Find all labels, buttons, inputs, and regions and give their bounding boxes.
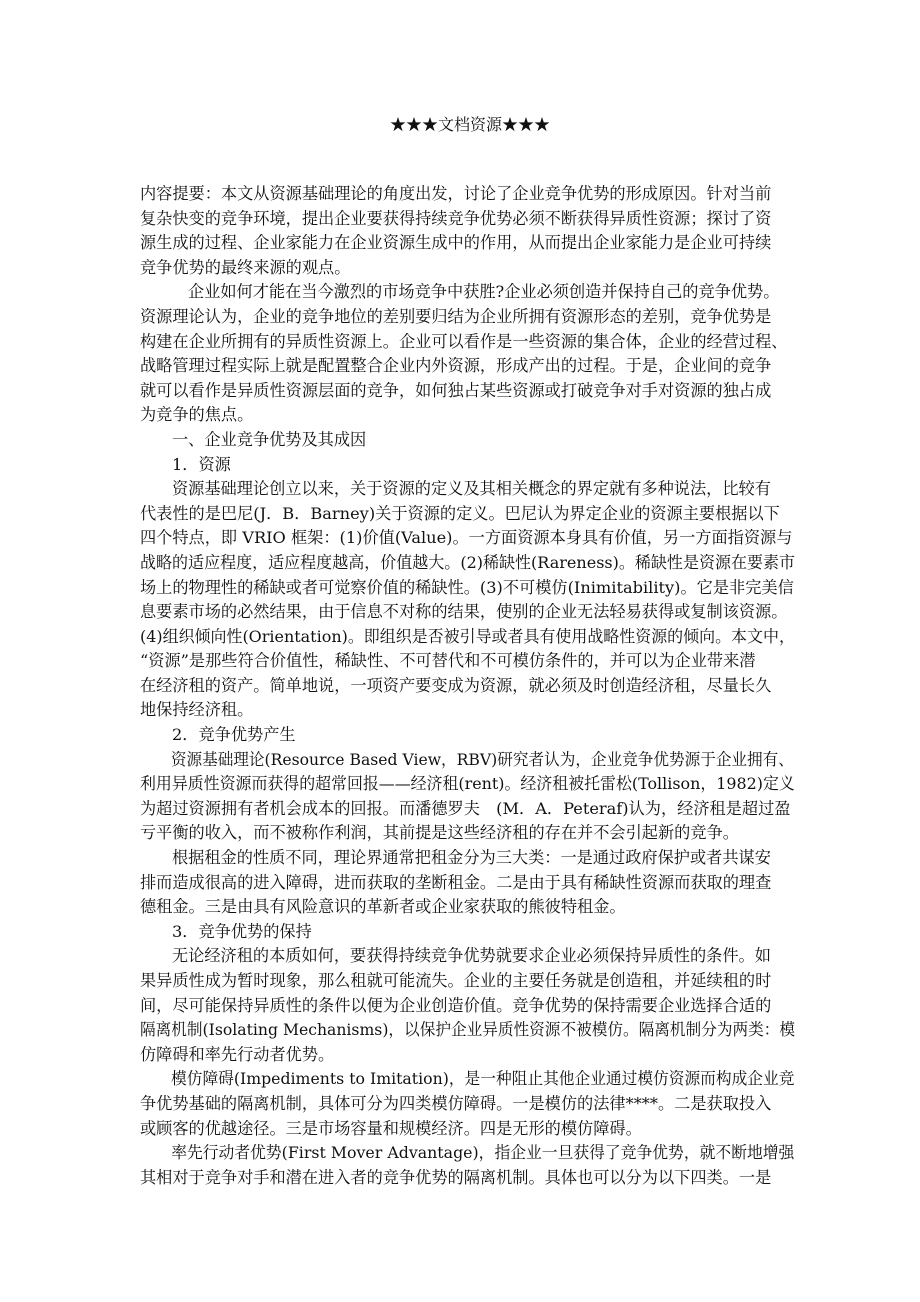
text-line: 息要素市场的必然结果，由于信息不对称的结果，使别的企业无法轻易获得或复制该资源。 [140, 600, 795, 625]
text-line: 一、企业竞争优势及其成因 [140, 428, 795, 453]
text-line: 资源理论认为，企业的竞争地位的差别要归结为企业所拥有资源形态的差别，竞争优势是 [140, 305, 795, 330]
text-line: 模仿障碍(Impediments to Imitation)，是一种阻止其他企业… [140, 1067, 776, 1092]
text-line: 仿障碍和率先行动者优势。 [140, 1043, 795, 1068]
text-line: “资源”是那些符合价值性，稀缺性、不可替代和不可模仿条件的，并可以为企业带来潜 [140, 649, 795, 674]
text-line: 3．竞争优势的保持 [140, 920, 795, 945]
text-line: 亏平衡的收入，而不被称作利润，其前提是这些经济租的存在并不会引起新的竞争。 [140, 821, 795, 846]
text-line: 1．资源 [140, 453, 795, 478]
text-line: 排而造成很高的进入障碍，进而获取的垄断租金。二是由于具有稀缺性资源而获取的理查 [140, 871, 795, 896]
document-title: ★★★文档资源★★★ [140, 115, 800, 135]
text-line: 为竞争的焦点。 [140, 403, 795, 428]
text-line: 根据租金的性质不同，理论界通常把租金分为三大类：一是通过政府保护或者共谋安 [140, 846, 795, 871]
text-line: 或顾客的优越途径。三是市场容量和规模经济。四是无形的模仿障碍。 [140, 1117, 795, 1142]
text-line: 构建在企业所拥有的异质性资源上。企业可以看作是一些资源的集合体，企业的经营过程、 [140, 330, 795, 355]
text-line: 资源基础理论创立以来，关于资源的定义及其相关概念的界定就有多种说法，比较有 [140, 477, 795, 502]
text-line: (4)组织倾向性(Orientation)。即组织是否被引导或者具有使用战略性资… [140, 625, 786, 650]
text-line: 四个特点，即 VRIO 框架：(1)价值(Value)。一方面资源本身具有价值，… [140, 526, 795, 551]
text-line: 战略管理过程实际上就是配置整合企业内外资源，形成产出的过程。于是，企业间的竞争 [140, 354, 795, 379]
text-line: 就可以看作是异质性资源层面的竞争，如何独占某些资源或打破竞争对手对资源的独占成 [140, 379, 795, 404]
text-line: 内容提要：本文从资源基础理论的角度出发，讨论了企业竞争优势的形成原因。针对当前 [140, 182, 795, 207]
text-line: 源生成的过程、企业家能力在企业资源生成中的作用，从而提出企业家能力是企业可持续 [140, 231, 795, 256]
text-line: 2．竞争优势产生 [140, 723, 795, 748]
text-line: 资源基础理论(Resource Based View，RBV)研究者认为，企业竞… [140, 748, 772, 773]
text-line: 竞争优势的最终来源的观点。 [140, 256, 795, 281]
text-line: 复杂快变的竞争环境，提出企业要获得持续竞争优势必须不断获得异质性资源；探讨了资 [140, 207, 795, 232]
text-line: 在经济租的资产。简单地说，一项资产要变成为资源，就必须及时创造经济租，尽量长久 [140, 674, 795, 699]
text-line: 隔离机制(Isolating Mechanisms)，以保护企业异质性资源不被模… [140, 1018, 773, 1043]
text-line: 无论经济租的本质如何，要获得持续竞争优势就要求企业必须保持异质性的条件。如 [140, 944, 795, 969]
text-line: 代表性的是巴尼(J．B．Barney)关于资源的定义。巴尼认为界定企业的资源主要… [140, 502, 795, 527]
text-line: 为超过资源拥有者机会成本的回报。而潘德罗夫 (M．A．Peteraf)认为，经济… [140, 797, 795, 822]
text-line: 场上的物理性的稀缺或者可觉察价值的稀缺性。(3)不可模仿(Inimitabili… [140, 576, 795, 601]
text-line: 其相对于竞争对手和潜在进入者的竞争优势的隔离机制。具体也可以分为以下四类。一是 [140, 1166, 795, 1191]
text-line: 争优势基础的隔离机制，具体可分为四类模仿障碍。一是模仿的法律****。二是获取投… [140, 1092, 795, 1117]
text-line: 果异质性成为暂时现象，那么租就可能流失。企业的主要任务就是创造租，并延续租的时 [140, 969, 795, 994]
text-line: 利用异质性资源而获得的超常回报——经济租(rent)。经济租被托雷松(Tolli… [140, 772, 784, 797]
text-line: 间，尽可能保持异质性的条件以便为企业创造价值。竞争优势的保持需要企业选择合适的 [140, 994, 795, 1019]
document-body: 内容提要：本文从资源基础理论的角度出发，讨论了企业竞争优势的形成原因。针对当前复… [140, 182, 795, 1190]
text-line: 率先行动者优势(First Mover Advantage)，指企业一旦获得了竞… [140, 1141, 779, 1166]
text-line: 企业如何才能在当今激烈的市场竞争中获胜?企业必须创造并保持自己的竞争优势。 [140, 280, 795, 305]
text-line: 地保持经济租。 [140, 698, 795, 723]
text-line: 战略的适应程度，适应程度越高，价值越大。(2)稀缺性(Rareness)。稀缺性… [140, 551, 788, 576]
text-line: 德租金。三是由具有风险意识的革新者或企业家获取的熊彼特租金。 [140, 895, 795, 920]
